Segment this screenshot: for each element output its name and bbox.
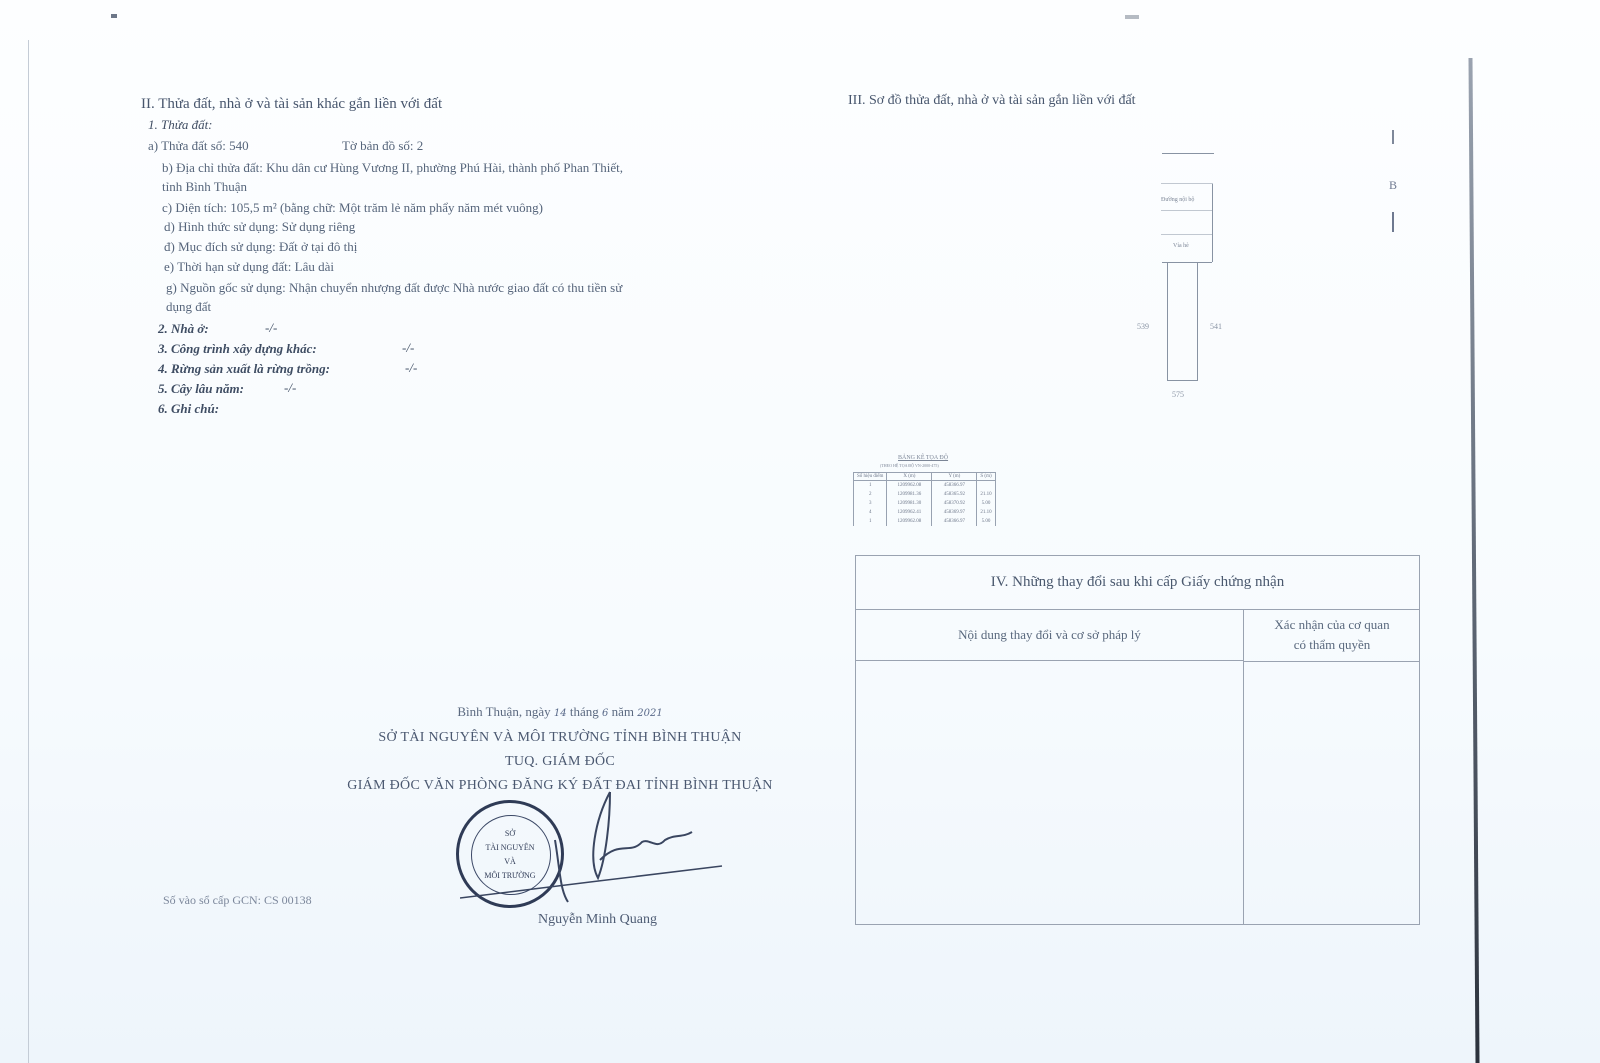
item-forest-label: 4. Rừng sản xuất là rừng trồng: [158,361,330,377]
coords-table: Số hiệu điểm X (m) Y (m) S (m) 11209962.… [853,472,996,526]
section-ii-title: II. Thửa đất, nhà ở và tài sản khác gắn … [141,96,442,113]
item-perennial-value: -/- [284,378,296,398]
coords-cell: 1209981.30 [887,499,932,508]
coords-cell: 1209981.36 [887,490,932,499]
neighbor-right-label: 541 [1210,322,1222,331]
section-iv-title: IV. Những thay đổi sau khi cấp Giấy chứn… [856,556,1419,610]
north-arrow-icon [1392,130,1394,144]
item-forest-value: -/- [405,358,417,378]
land-origin-cont: dụng đất [166,297,211,317]
north-arrow-tail-icon [1392,212,1394,232]
coords-cell: 1209962.08 [887,517,932,526]
coords-header: Y (m) [932,473,977,481]
coords-cell: 458365.92 [932,490,977,499]
registry-number: Số vào sổ cấp GCN: CS 00138 [163,890,312,910]
coords-cell: 5.00 [977,517,995,526]
item-house-label: 2. Nhà ở: [158,321,209,337]
parcel-address: b) Địa chỉ thửa đất: Khu dân cư Hùng Vươ… [162,158,623,178]
coords-cell: 3 [854,499,887,508]
coords-row: 21209981.36458365.9221.10 [854,490,996,499]
coords-cell: 458366.97 [932,517,977,526]
coords-table-subtitle: (THEO HỆ TỌA ĐỘ VN-2000-475) [880,463,939,468]
coords-cell: 1209962.08 [887,481,932,491]
coords-cell: 1 [854,517,887,526]
parcel-number: a) Thửa đất số: 540 [148,136,249,156]
scan-speck [111,14,117,18]
issuing-agency: SỞ TÀI NGUYÊN VÀ MÔI TRƯỜNG TỈNH BÌNH TH… [300,726,820,750]
neighbor-bottom-label: 575 [1172,390,1184,399]
confirm-header-line2: có thẩm quyền [1274,635,1389,655]
scan-speck [1125,15,1139,19]
confirm-header-line1: Xác nhận của cơ quan [1274,615,1389,635]
changes-content-header: Nội dung thay đổi và cơ sở pháp lý [856,609,1244,661]
item-perennial-label: 5. Cây lâu năm: [158,381,244,397]
coords-row: 11209962.08458366.975.00 [854,517,996,526]
changes-table: IV. Những thay đổi sau khi cấp Giấy chứn… [855,555,1420,925]
item-other-construction-label: 3. Công trình xây dựng khác: [158,341,317,357]
use-form: d) Hình thức sử dụng: Sử dụng riêng [164,217,355,237]
coords-header: S (m) [977,473,995,481]
use-term: e) Thời hạn sử dụng đất: Lâu dài [164,257,334,277]
coords-cell: 1 [854,481,887,491]
coords-cell: 21.10 [977,490,995,499]
neighbor-left-label: 539 [1137,322,1149,331]
coords-cell: 458366.97 [932,481,977,491]
date-month: 6 [602,708,608,719]
land-heading: 1. Thửa đất: [148,115,213,135]
changes-confirm-header: Xác nhận của cơ quan có thẩm quyền [1244,609,1420,662]
item-notes-label: 6. Ghi chú: [158,401,219,417]
item-other-construction-value: -/- [402,338,414,358]
parcel-area: c) Diện tích: 105,5 m² (bằng chữ: Một tr… [162,198,543,218]
authority-line: TUQ. GIÁM ĐỐC [300,750,820,774]
use-purpose: đ) Mục đích sử dụng: Đất ở tại đô thị [164,237,357,257]
paper-edge-right [1468,58,1479,1063]
coords-cell: 458369.97 [932,508,977,517]
north-label: B [1389,178,1397,193]
coords-cell: 2 [854,490,887,499]
map-sheet-number: Tờ bản đồ số: 2 [342,136,423,156]
changes-column-divider [1243,661,1244,925]
date-year: 2021 [637,708,662,719]
signer-name: Nguyễn Minh Quang [538,912,657,928]
paper-edge-left [28,40,29,1063]
coords-cell: 4 [854,508,887,517]
land-origin: g) Nguồn gốc sử dụng: Nhận chuyển nhượng… [166,278,622,298]
sidewalk-label: Vỉa hè [1173,243,1189,249]
place-date: Bình Thuận, ngày 14 tháng 6 năm 2021 [300,700,820,726]
road-label: Đường nội bộ [1161,197,1194,203]
coords-cell: 1209962.41 [887,508,932,517]
coords-cell: 5.00 [977,499,995,508]
parcel-address-cont: tỉnh Bình Thuận [162,177,247,197]
coords-header: X (m) [887,473,932,481]
coords-row: 41209962.41458369.9721.10 [854,508,996,517]
coords-table-title: BẢNG KÊ TỌA ĐỘ [898,455,948,461]
section-iii-title: III. Sơ đồ thửa đất, nhà ở và tài sản gắ… [848,93,1136,109]
handwritten-signature-icon [460,780,740,920]
coords-cell: 21.10 [977,508,995,517]
item-house-value: -/- [265,318,277,338]
coords-row: 11209962.08458366.97 [854,481,996,491]
coords-row: 31209981.30458370.925.00 [854,499,996,508]
coords-cell: 458370.92 [932,499,977,508]
coords-header: Số hiệu điểm [854,473,887,481]
date-day: 14 [554,708,567,719]
coords-cell [977,481,995,491]
